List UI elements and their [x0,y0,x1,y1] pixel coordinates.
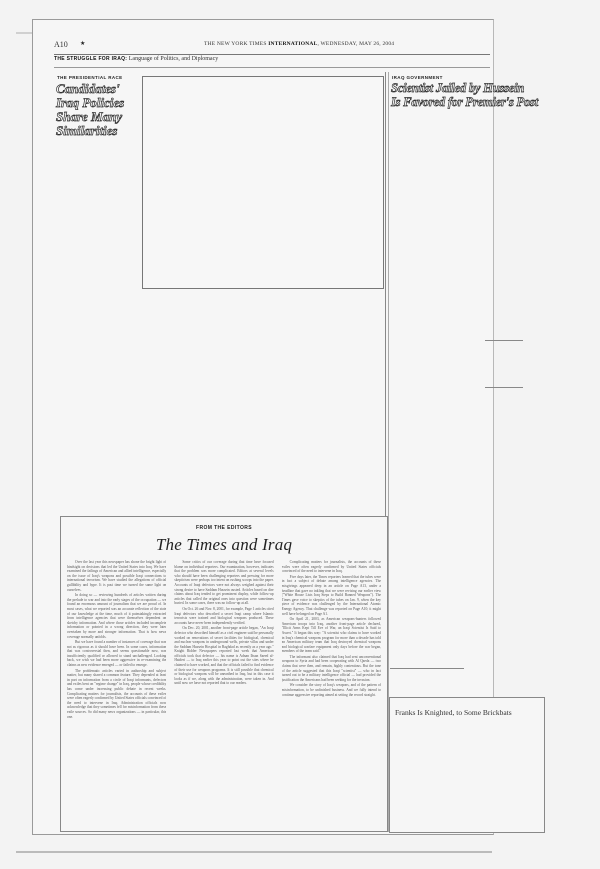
headline-line: Scientist Jailed by Hussein [391,82,538,96]
masthead-line: THE NEW YORK TIMES INTERNATIONAL, WEDNES… [204,41,394,47]
headline-line: Iraq Policies [56,96,124,110]
folio-rule [54,54,490,55]
bottom-edge-rule [16,851,492,853]
paragraph: We consider the story of Iraq's weapons,… [282,683,381,697]
editors-note-body: Over the last year this newspaper has sh… [67,560,381,822]
paragraph: On Oct. 26 and Nov. 8, 2001, for example… [174,607,273,625]
issue-date: WEDNESDAY, MAY 26, 2004 [321,41,395,47]
short-rule [390,668,464,669]
editors-note-box: FROM THE EDITORS The Times and Iraq Over… [60,516,388,832]
section-rule [54,67,490,68]
headline-line: Similarities [56,124,124,138]
section-subtitle: Language of Politics, and Diplomacy [129,56,218,62]
paragraph: The informant also claimed that Iraq had… [282,655,381,683]
folio-line: A10 ★ THE NEW YORK TIMES INTERNATIONAL, … [54,38,490,52]
short-rule [485,340,523,341]
photo-placeholder [142,76,384,289]
paragraph: On Dec. 20, 2001, another front-page art… [174,626,273,686]
editors-note-title: The Times and Iraq [61,535,387,555]
paragraph: On April 21, 2003, as American weapons-h… [282,617,381,654]
headline-line: Share Many [56,110,124,124]
paragraph: Some critics of our coverage during that… [174,560,273,606]
body-column: Over the last year this newspaper has sh… [67,560,166,822]
right-story-headline: Scientist Jailed by Hussein Is Favored f… [391,82,538,109]
paragraph: But we have found a number of instances … [67,640,166,668]
paragraph: In doing so — reviewing hundreds of arti… [67,593,166,639]
paragraph: Five days later, the Times reporters lea… [282,575,381,616]
left-story-kicker: THE PRESIDENTIAL RACE [57,75,123,80]
left-story-headline: Candidates' Iraq Policies Share Many Sim… [56,82,124,138]
body-column: Complicating matters for journalists, th… [282,560,381,822]
section-kicker: THE STRUGGLE FOR IRAQ: [54,56,127,62]
paragraph: Complicating matters for journalists, th… [282,560,381,574]
page-number: A10 [54,40,68,49]
editors-note-kicker: FROM THE EDITORS [61,525,387,531]
right-story-kicker: IRAQ GOVERNMENT [392,75,443,80]
headline-line: Is Favored for Premier's Post [391,96,538,110]
paragraph: The problematic articles varied in autho… [67,669,166,720]
section-bar: THE STRUGGLE FOR IRAQ: Language of Polit… [54,56,490,67]
body-column: Some critics of our coverage during that… [174,560,273,822]
franks-story-box: Franks Is Knighted, to Some Brickbats [389,697,545,833]
short-rule [485,387,523,388]
headline-line: Candidates' [56,82,124,96]
section-name: INTERNATIONAL [268,41,317,47]
paragraph: Over the last year this newspaper has sh… [67,560,166,592]
star-icon: ★ [80,40,85,47]
paper-name: THE NEW YORK TIMES [204,41,267,47]
franks-headline: Franks Is Knighted, to Some Brickbats [395,708,512,717]
